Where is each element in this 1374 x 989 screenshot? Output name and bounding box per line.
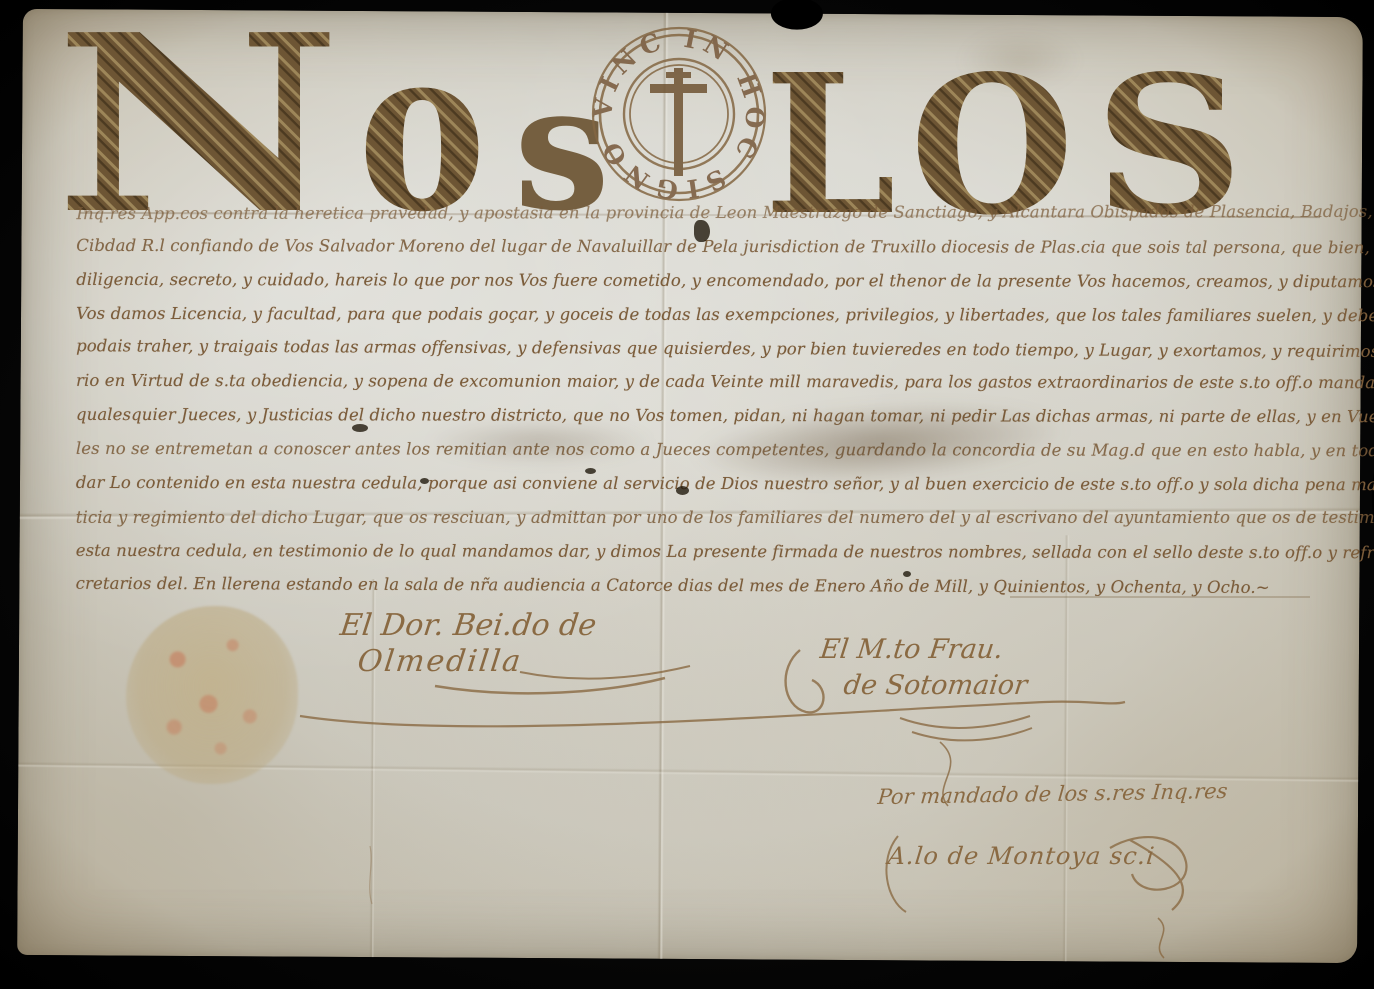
ink-speck	[420, 478, 429, 484]
illuminated-heading: N o s IN HOC SIGNO VINCES L O S	[52, 12, 1342, 222]
letter-L: L	[764, 33, 896, 222]
signature-sotomayor-line1: El M.to Frau.	[818, 632, 1034, 668]
ink-speck	[585, 468, 596, 474]
photograph-of-parchment: N o s IN HOC SIGNO VINCES L O S Inq.res …	[0, 0, 1374, 989]
manuscript-line-2: Cibdad R.l confiando de Vos Salvador Mor…	[76, 229, 1354, 265]
ink-smudge-small	[425, 420, 655, 464]
signature-sotomayor: El M.to Frau. de Sotomaior	[814, 632, 1034, 704]
manuscript-line-12: cretarios del. En llerena estando en la …	[76, 567, 1354, 605]
ink-speck	[903, 571, 911, 577]
manuscript-line-11: esta nuestra cedula, en testimonio de lo…	[76, 534, 1354, 570]
manuscript-line-10: ticia y regimiento del dicho Lugar, que …	[76, 501, 1354, 535]
signature-sotomayor-line2: de Sotomaior	[842, 668, 1030, 704]
manuscript-line-4: Vos damos Licencia, y facultad, para que…	[76, 297, 1354, 333]
manuscript-line-3: diligencia, secreto, y cuidado, hareis l…	[76, 263, 1354, 299]
manuscript-line-5: podais traher, y traigais todas las arma…	[76, 329, 1354, 368]
manuscript-line-7: qualesquier Jueces, y Justicias del dich…	[76, 398, 1354, 434]
ruled-line-after-date	[1010, 596, 1310, 598]
parchment-stain	[960, 30, 1080, 90]
signature-olmedilla-line1: El Dor. Bei.do de	[338, 608, 598, 644]
letter-o: o	[358, 12, 486, 222]
initial-letter-N: N	[54, 12, 342, 222]
ink-speck	[352, 424, 368, 432]
manuscript-line-1: Inq.res App.cos contra la heretica prave…	[76, 195, 1354, 231]
ink-blot	[694, 220, 710, 242]
signature-montoya: A.lo de Montoya sc.i	[887, 842, 1157, 870]
signature-olmedilla-line2: Olmedilla	[356, 644, 594, 680]
signature-olmedilla: El Dor. Bei.do de Olmedilla	[334, 608, 599, 680]
manuscript-line-6: rio en Virtud de s.ta obediencia, y sope…	[76, 364, 1354, 400]
ink-speck	[676, 486, 689, 495]
letter-S: S	[1094, 34, 1244, 222]
wax-seal-residue	[126, 606, 298, 784]
manuscript-body: Inq.res App.cos contra la heretica prave…	[76, 195, 1355, 604]
